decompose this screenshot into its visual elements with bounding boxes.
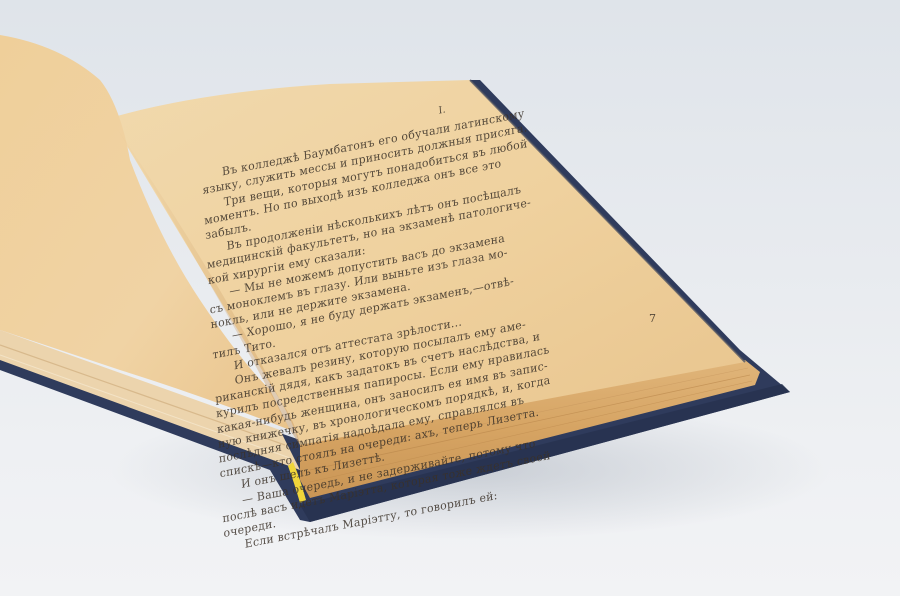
page-number: 7 — [649, 312, 656, 325]
photo-scene: I. Въ колледжѣ Баумбатонъ его обучали ла… — [0, 0, 900, 596]
